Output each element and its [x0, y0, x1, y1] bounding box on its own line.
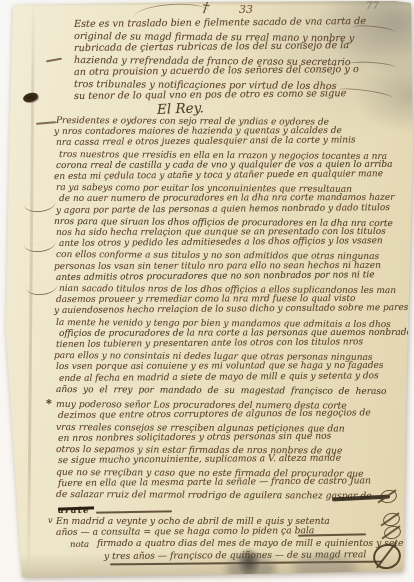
margin-dash-mark	[46, 58, 62, 63]
shadow-smudge	[226, 556, 276, 582]
closing-paragraph: En madrid a veynte y ocho de abril de mi…	[56, 516, 414, 562]
shadow-smudge	[293, 554, 357, 582]
margin-tick-mark: v	[48, 516, 53, 525]
manuscript-line: años — a consulta = que se haga como lo …	[56, 525, 414, 539]
petition-paragraph: muy poderoso señor Los procuradores del …	[56, 399, 372, 516]
rubric-loop-flourish	[379, 488, 399, 505]
manuscript-line: en nros nonbres soliçitadores y otras pe…	[58, 430, 372, 444]
margin-swash-mark	[24, 201, 57, 213]
manuscript-line: en esta mi çedula toca y atañe y toca y …	[54, 169, 412, 183]
top-pen-flourish	[133, 1, 210, 17]
cedula-paragraph: Presidentes e oydores con sejo rreal de …	[56, 116, 412, 396]
opening-paragraph: Este es vn traslado bien e fielmente sac…	[74, 19, 366, 103]
manuscript-line: dezimos que entre otros corruptores de a…	[58, 408, 372, 422]
manuscript-line: y agora por parte de las personas a quie…	[56, 203, 412, 217]
ink-blot	[22, 92, 38, 103]
manuscript-line: se sigue mucho ynconuiniente, suplicamos…	[58, 453, 372, 467]
manuscript-line: Este es vn traslado bien e fielmente sac…	[74, 16, 366, 31]
faint-corner-number: 77	[366, 1, 379, 12]
manuscript-scan: † 33 77 * v nota Este es vn traslado bie…	[0, 0, 414, 582]
paper-left-edge	[0, 4, 11, 576]
paper-shadow-wrap: † 33 77 * v nota Este es vn traslado bie…	[0, 0, 414, 582]
manuscript-line: ante los otros y pedido les admitiesedes…	[59, 236, 412, 250]
margin-star-mark: *	[46, 397, 52, 410]
manuscript-line: y auiendosenos hecho rrelaçion de lo sus…	[54, 303, 412, 317]
manuscript-line: antes admitis otros procuradores que no …	[56, 270, 412, 284]
manuscript-line: firmado a quatro dias del mes de mayo de…	[97, 538, 414, 549]
invocation-cross-mark: †	[201, 0, 210, 16]
manuscript-line: an otra prouision y acuerdo de los señor…	[74, 64, 366, 79]
manuscript-line: años yo el rrey por mandado de su magest…	[56, 385, 412, 398]
manuscript-line: su tenor de lo qual vno en pos de otro e…	[74, 88, 366, 103]
manuscript-line: arate	[58, 502, 372, 516]
manuscript-line: ende al fecha en madrid a siete de mayo …	[59, 371, 412, 385]
manuscript-page: † 33 77 * v nota Este es vn traslado bie…	[0, 0, 414, 582]
margin-dash-mark	[36, 121, 56, 125]
margin-swash-mark	[24, 241, 57, 253]
manuscript-line: de salazar rruiz del marmol rrodrigo de …	[56, 489, 372, 502]
page-corner-curl	[5, 510, 23, 577]
folio-number: 33	[239, 3, 253, 16]
manuscript-line: fuere en ella que la mesma parte la seña…	[58, 475, 372, 489]
manuscript-line: nra cassa rreal e otros juezes qualesqui…	[56, 135, 412, 149]
manuscript-line: tienen los tubieren y presentaren ante l…	[56, 337, 412, 351]
manuscript-line: rubricada de çiertas rubricas de los del…	[74, 40, 366, 55]
